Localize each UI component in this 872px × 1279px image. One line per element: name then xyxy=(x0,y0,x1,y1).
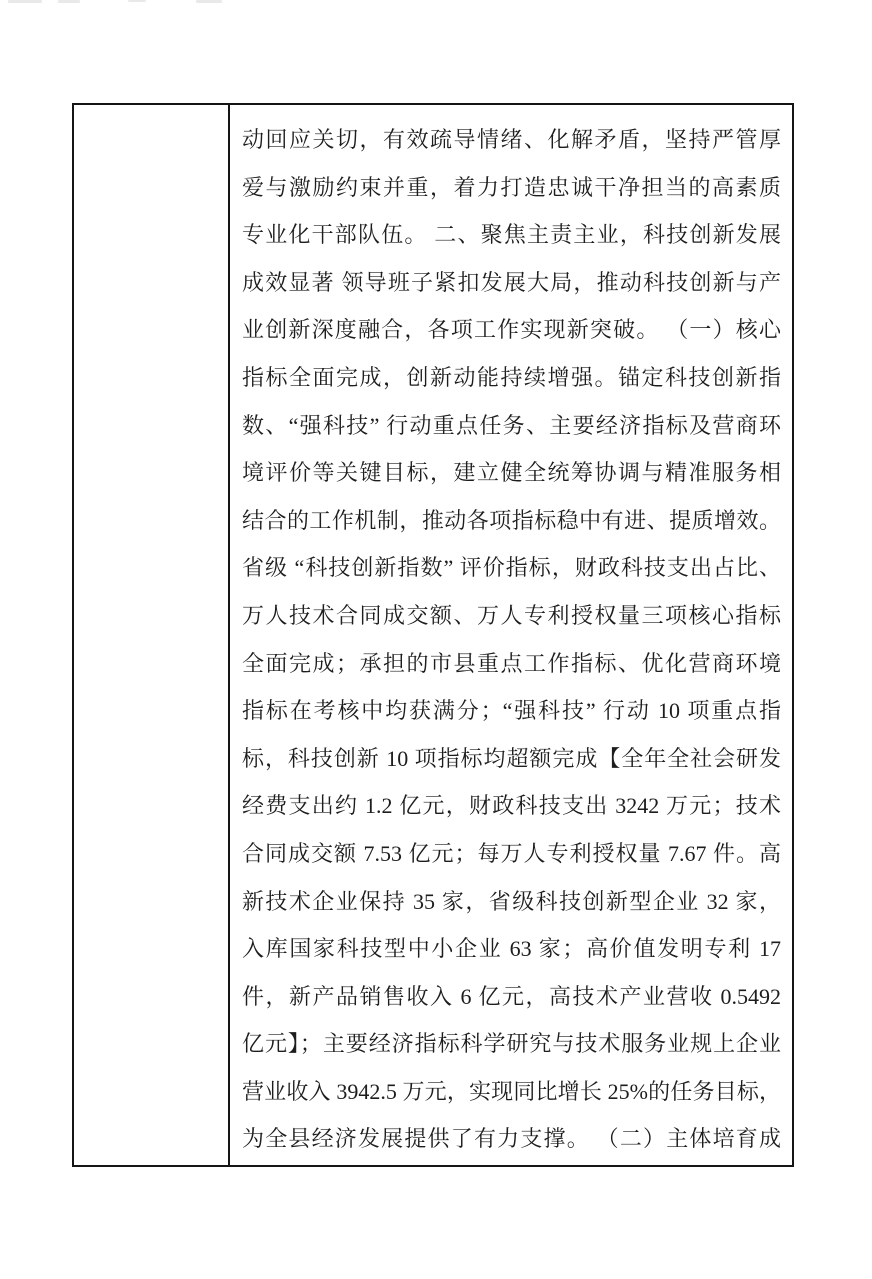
text-line: 数、“强科技” 行动重点任务、主要经济指标及营商环 xyxy=(242,402,781,450)
scan-artifact-mark xyxy=(58,0,80,3)
text-line: 指标全面完成，创新动能持续增强。锚定科技创新指 xyxy=(242,354,781,402)
text-line: 经费支出约 1.2 亿元，财政科技支出 3242 万元；技术 xyxy=(242,782,781,830)
scan-artifact-mark xyxy=(8,0,42,3)
document-page: 动回应关切，有效疏导情绪、化解矛盾，坚持严管厚 爱与激励约束并重，着力打造忠诚干… xyxy=(0,0,872,1279)
text-line: 万人技术合同成交额、万人专利授权量三项核心指标 xyxy=(242,592,781,640)
text-line: 标，科技创新 10 项指标均超额完成【全年全社会研发 xyxy=(242,735,781,783)
report-table: 动回应关切，有效疏导情绪、化解矛盾，坚持严管厚 爱与激励约束并重，着力打造忠诚干… xyxy=(72,103,794,1167)
text-line: 成效显著 领导班子紧扣发展大局，推动科技创新与产 xyxy=(242,259,781,307)
text-line: 指标在考核中均获满分；“强科技” 行动 10 项重点指 xyxy=(242,687,781,735)
text-line: 营业收入 3942.5 万元，实现同比增长 25%的任务目标， xyxy=(242,1068,781,1116)
text-line: 业创新深度融合，各项工作实现新突破。 （一）核心 xyxy=(242,306,781,354)
text-line: 专业化干部队伍。 二、聚焦主责主业，科技创新发展 xyxy=(242,211,781,259)
text-line: 境评价等关键目标，建立健全统筹协调与精准服务相 xyxy=(242,449,781,497)
text-line: 新技术企业保持 35 家，省级科技创新型企业 32 家， xyxy=(242,878,781,926)
text-line: 入库国家科技型中小企业 63 家；高价值发明专利 17 xyxy=(242,925,781,973)
text-line: 结合的工作机制，推动各项指标稳中有进、提质增效。 xyxy=(242,497,781,545)
table-body-cell: 动回应关切，有效疏导情绪、化解矛盾，坚持严管厚 爱与激励约束并重，着力打造忠诚干… xyxy=(230,105,792,1165)
text-line: 件，新产品销售收入 6 亿元，高技术产业营收 0.5492 xyxy=(242,973,781,1021)
text-line: 全面完成；承担的市县重点工作指标、优化营商环境 xyxy=(242,640,781,688)
text-line: 省级 “科技创新指数” 评价指标，财政科技支出占比、 xyxy=(242,544,781,592)
scan-artifact-mark xyxy=(196,0,222,3)
scan-artifact-mark xyxy=(128,0,146,2)
text-line: 亿元】；主要经济指标科学研究与技术服务业规上企业 xyxy=(242,1020,781,1068)
text-line: 爱与激励约束并重，着力打造忠诚干净担当的高素质 xyxy=(242,164,781,212)
table-label-cell xyxy=(74,105,230,1165)
text-line: 动回应关切，有效疏导情绪、化解矛盾，坚持严管厚 xyxy=(242,116,781,164)
text-line: 合同成交额 7.53 亿元；每万人专利授权量 7.67 件。高 xyxy=(242,830,781,878)
text-line: 为全县经济发展提供了有力支撑。 （二）主体培育成 xyxy=(242,1115,781,1163)
